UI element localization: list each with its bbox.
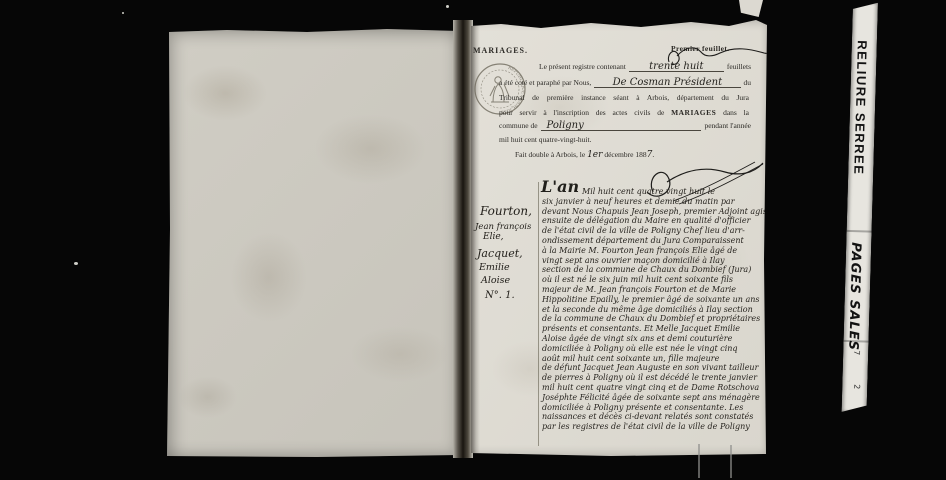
handwritten-day: 1er xyxy=(587,150,602,160)
act-body-text: Mil huit cent quatre vingt huit le six j… xyxy=(542,187,768,432)
margin-name: Elie, xyxy=(483,232,537,242)
dust-speck xyxy=(74,262,78,265)
book-gutter xyxy=(453,20,473,458)
act-line: présents et consentants. Et Melle Jacque… xyxy=(542,324,768,334)
act-line: majeur de M. Jean françois Fourton et de… xyxy=(542,285,768,295)
reliure-serree-label: RELIURE SERREE xyxy=(851,40,870,176)
act-line: Mil huit cent quatre vingt huit le xyxy=(542,187,768,197)
signature-top xyxy=(661,42,773,68)
act-number: N°. 1. xyxy=(485,290,537,301)
label-seam xyxy=(847,230,872,233)
printed-bold-mariages: MARIAGES xyxy=(671,108,716,117)
act-line: Hippolitine Epailly, le premier âgé de s… xyxy=(542,295,768,305)
margin-notes: Fourton, Jean françois Elie, Jacquet, Em… xyxy=(475,204,537,301)
page-edge-sliver xyxy=(730,445,732,478)
dust-speck xyxy=(122,12,124,14)
act-line: ondissement département du Jura Comparai… xyxy=(542,236,768,246)
act-line: domiciliée à Poligny où elle est née le … xyxy=(542,344,768,354)
margin-name: Jean françois xyxy=(475,222,537,232)
register-page: MARIAGES. Premier feuillet. RÉPUBLIQUE F… xyxy=(471,20,767,456)
act-line: mil huit cent quatre vingt cinq et de Da… xyxy=(542,383,768,393)
form-line-2: a été coté et paraphé par Nous, De Cosma… xyxy=(499,78,751,88)
margin-name: Aloise xyxy=(481,275,537,286)
page-corner-artifact xyxy=(739,0,763,17)
act-line: naissances et décès ci-devant relatés so… xyxy=(542,412,768,422)
act-line: de défunt Jacquet Jean Auguste en son vi… xyxy=(542,363,768,373)
form-line-5: commune de Poligny pendant l'année xyxy=(499,121,751,131)
form-line-3: Tribunal de première instance séant à Ar… xyxy=(499,93,749,102)
margin-name-bride: Jacquet, xyxy=(477,247,537,260)
svg-text:RÉPUBLIQUE FRANÇAISE: RÉPUBLIQUE FRANÇAISE xyxy=(500,66,525,114)
act-line: section de la commune de Chaux du Dombie… xyxy=(542,265,768,275)
scanned-register-photo: MARIAGES. Premier feuillet. RÉPUBLIQUE F… xyxy=(0,0,946,480)
fore-edge-strip: RELIURE SERREE PAGES SALES 7 2 xyxy=(842,2,878,413)
act-line: à la Mairie M. Fourton Jean françois Eli… xyxy=(542,246,768,256)
pages-sales-label: PAGES SALES xyxy=(845,242,863,351)
act-line: de la commune de Chaux du Dombief et pro… xyxy=(542,314,768,324)
strip-mark: 7 xyxy=(852,350,861,355)
act-line: Aloise âgée de vingt six ans et demi cou… xyxy=(542,334,768,344)
page-edge-sliver xyxy=(698,444,700,478)
margin-name-groom: Fourton, xyxy=(480,204,537,218)
strip-mark: 2 xyxy=(852,384,861,389)
act-line: six janvier à neuf heures et demie du ma… xyxy=(542,197,768,207)
act-line: de l'état civil de la ville de Poligny C… xyxy=(542,226,768,236)
act-line: de pierres à Poligny où il est décédé le… xyxy=(542,373,768,383)
act-line: par les registres de l'état civil de la … xyxy=(542,422,768,432)
act-line: août mil huit cent soixante un, fille ma… xyxy=(542,354,768,364)
printed-text: Fait double à Arbois, le xyxy=(515,150,587,159)
act-line: où il est né le six juin mil huit cent s… xyxy=(542,275,768,285)
handwritten-fill-president: De Cosman Président xyxy=(594,78,740,88)
margin-name: Emilie xyxy=(479,262,537,273)
act-line: vingt sept ans ouvrier maçon domicilié à… xyxy=(542,256,768,266)
form-line-4: pour servir à l'inscription des actes ci… xyxy=(499,108,749,117)
act-line: et la seconde du même âge domiciliés à I… xyxy=(542,305,768,315)
act-line: Joséphte Félicité âgée de soixante sept … xyxy=(542,393,768,403)
printed-text: du xyxy=(744,78,752,87)
printed-text: commune de xyxy=(499,121,538,130)
margin-rule xyxy=(538,182,539,446)
printed-text: dans la xyxy=(723,108,749,117)
printed-text: pendant l'année xyxy=(704,121,751,130)
handwritten-fill-commune: Poligny xyxy=(541,121,702,131)
left-blank-page xyxy=(167,29,458,457)
dust-speck xyxy=(446,5,449,8)
printed-text: a été coté et paraphé par Nous, xyxy=(499,78,591,87)
printed-text: Le présent registre contenant xyxy=(539,62,626,71)
section-title: MARIAGES. xyxy=(473,46,528,55)
act-line: domiciliée à Poligny présente et consent… xyxy=(542,403,768,413)
act-line: devant Nous Chapuis Jean Joseph, premier… xyxy=(542,207,768,217)
printed-text: pour servir à l'inscription des actes ci… xyxy=(499,108,664,117)
act-line: ensuite de délégation du Maire en qualit… xyxy=(542,216,768,226)
form-line-6: mil huit cent quatre-vingt-huit. xyxy=(499,135,751,144)
printed-text: mil huit cent quatre-vingt-huit. xyxy=(499,135,591,144)
